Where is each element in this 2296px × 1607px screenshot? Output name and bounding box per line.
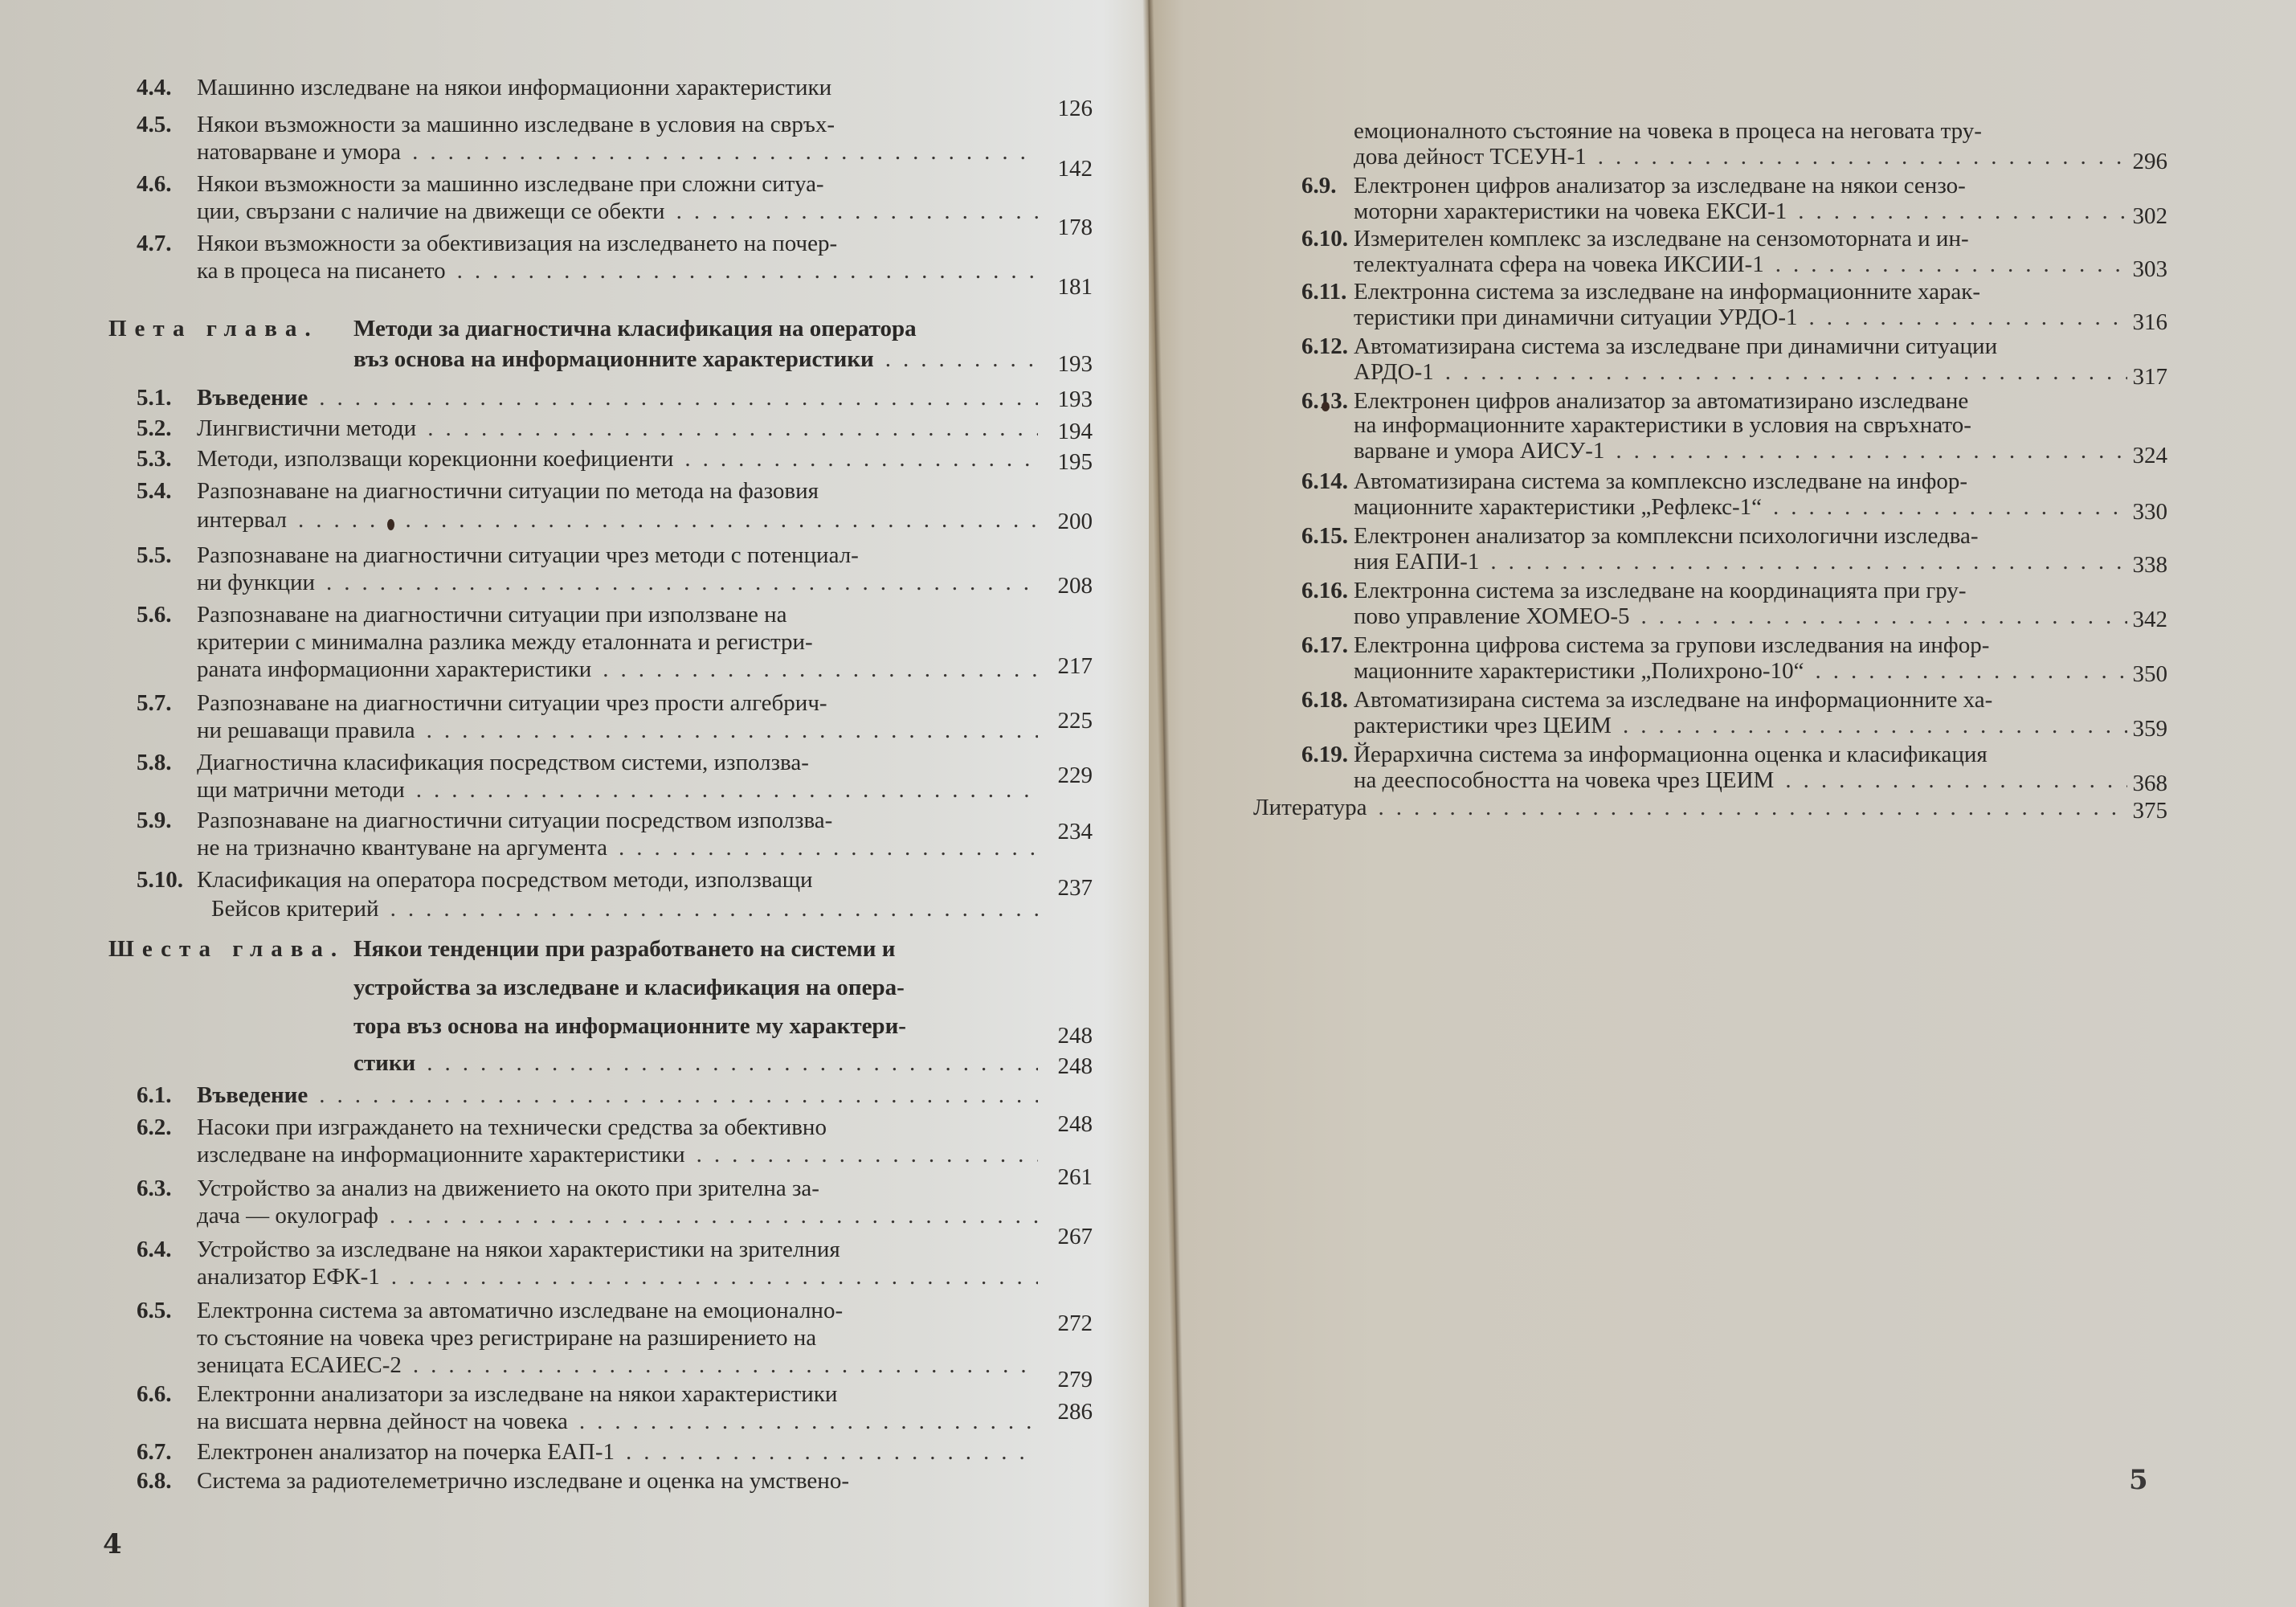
toc-section-number: 6.4. [137,1236,172,1263]
toc-entry-title: анализатор ЕФК-1 [197,1263,380,1290]
toc-section-number: 6.7. [137,1438,172,1466]
toc-entry-title: Разпознаване на диагностични ситуации чр… [197,542,859,569]
toc-leader-dots: ........................................… [1598,143,2127,170]
toc-entry-title: пово управление ХОМЕО-5 [1354,603,1629,630]
toc-leader-dots: ........................................… [697,1141,1038,1168]
toc-entry-title: Електронен анализатор за комплексни псих… [1354,522,1979,550]
toc-entry-title: Електронен анализатор на почерка ЕАП-1 [197,1438,615,1466]
toc-page-number: 316 [2095,309,2167,336]
toc-section-number: 6.12. [1301,333,1348,360]
toc-leader-dots: ........................................… [319,384,1038,411]
toc-entry-title: емоционалното състояние на човека в проц… [1354,117,1982,145]
toc-page-number: 248 [1020,1110,1093,1138]
toc-page-number: 194 [1020,418,1093,445]
toc-leader-dots: ........................................… [1445,358,2127,386]
toc-entry-title: мационните характеристики „Полихроно-10“ [1354,657,1804,685]
toc-chapter-label: Пета глава. [108,315,319,342]
toc-leader-dots: ........................................… [390,895,1038,922]
toc-section-number: 6.18. [1301,686,1348,714]
toc-leader-dots: ........................................… [457,257,1038,284]
toc-leader-dots: ........................................… [416,776,1038,803]
toc-entry-title: Лингвистични методи [197,415,416,442]
toc-section-number: 6.19. [1301,741,1348,768]
toc-entry-title: дова дейност ТСЕУН-1 [1354,143,1587,170]
toc-entry-title: ции, свързани с наличие на движещи се об… [197,198,665,225]
toc-leader-dots: ........................................… [1785,767,2127,794]
toc-entry-title: интервал [197,506,287,534]
toc-entry-title: Някои възможности за обективизация на из… [197,230,837,257]
toc-entry-title: Автоматизирана система за комплексно изс… [1354,468,1967,495]
toc-section-number: 6.2. [137,1114,172,1141]
toc-entry-title: Някои възможности за машинно изследване … [197,111,835,138]
toc-section-number: 6.17. [1301,632,1348,659]
toc-section-number: 6.8. [137,1467,172,1495]
toc-entry-title: на дееспособността на човека чрез ЦЕИМ [1354,767,1774,794]
toc-entry-title: щи матрични методи [197,776,405,803]
toc-section-number: 6.9. [1301,172,1337,199]
toc-leader-dots: ........................................… [619,834,1038,861]
toc-page-number: 350 [2095,660,2167,688]
toc-entry-title: Методи за диагностична класификация на о… [353,315,917,342]
toc-section-number: 6.15. [1301,522,1348,550]
toc-page-number: 279 [1020,1366,1093,1393]
toc-section-number: 5.6. [137,601,172,628]
toc-entry-title: мационните характеристики „Рефлекс-1“ [1354,493,1762,521]
toc-leader-dots: ........................................… [427,717,1038,744]
toc-entry-title: моторни характеристики на човека ЕКСИ-1 [1354,198,1787,225]
toc-page-number: 248 [1020,1022,1093,1049]
page-number-right: 5 [2129,1464,2148,1496]
toc-leader-dots: ........................................… [1775,251,2127,278]
toc-entry-title: Някои възможности за машинно изследване … [197,170,824,198]
toc-entry-title: ка в процеса на писането [197,257,446,284]
toc-page-number: 234 [1020,818,1093,845]
toc-page-number: 338 [2095,551,2167,579]
toc-entry-title: Измерителен комплекс за изследване на се… [1354,225,1969,252]
toc-entry-title: ни функции [197,569,315,596]
toc-entry-title: Електронна система за изследване на инфо… [1354,278,1980,305]
toc-page-number: 303 [2095,256,2167,283]
toc-page-number: 375 [2095,797,2167,824]
toc-page-number: 126 [1020,95,1093,122]
toc-page-number: 181 [1020,273,1093,301]
toc-leader-dots: ........................................… [1640,603,2127,630]
toc-leader-dots: ........................................… [1809,304,2127,331]
toc-leader-dots: ........................................… [1773,493,2127,521]
toc-entry-title: зеницата ЕСАИЕС-2 [197,1351,402,1379]
toc-page-number: 302 [2095,202,2167,230]
toc-leader-dots: ........................................… [1616,437,2127,464]
toc-page-number: 217 [1020,652,1093,680]
toc-page-number: 267 [1020,1223,1093,1250]
toc-leader-dots: ........................................… [298,506,1038,534]
toc-entry-title: не на тризначно квантуване на аргумента [197,834,607,861]
toc-leader-dots: ........................................… [1623,712,2127,739]
toc-page-number: 330 [2095,498,2167,525]
toc-leader-dots: ........................................… [390,1202,1038,1229]
toc-entry-title: Електронен цифров анализатор за изследва… [1354,172,1966,199]
toc-entry-title: рактеристики чрез ЦЕИМ [1354,712,1612,739]
toc-entry-title: критерии с минимална разлика между етало… [197,628,813,656]
toc-section-number: 6.1. [137,1082,172,1109]
toc-leader-dots: ........................................… [1379,794,2127,821]
toc-entry-title: ни решаващи правила [197,717,415,744]
toc-page-number: 342 [2095,606,2167,633]
toc-entry-title: Разпознаване на диагностични ситуации по… [197,477,819,505]
toc-entry-title: Литература [1253,794,1367,821]
toc-entry-title: на информационните характеристики в усло… [1354,411,1971,439]
toc-entry-title: Автоматизирана система за изследване при… [1354,333,1997,360]
toc-entry-title: дача — окулограф [197,1202,378,1229]
toc-section-number: 5.4. [137,477,172,505]
toc-entry-title: варване и умора АИСУ-1 [1354,437,1604,464]
toc-entry-title: Електронна система за автоматично изслед… [197,1297,843,1324]
toc-entry-title: теристики при динамични ситуации УРДО-1 [1354,304,1798,331]
toc-entry-title: въз основа на информационните характерис… [353,346,874,373]
toc-page-number: 237 [1020,874,1093,902]
toc-page-number: 142 [1020,155,1093,182]
toc-entry-title: Разпознаване на диагностични ситуации по… [197,807,832,834]
toc-section-number: 6.3. [137,1175,172,1202]
toc-section-number: 5.5. [137,542,172,569]
toc-entry-title: АРДО-1 [1354,358,1434,386]
toc-page-number: 208 [1020,572,1093,599]
toc-section-number: 5.3. [137,445,172,472]
toc-leader-dots: ........................................… [326,569,1038,596]
toc-section-number: 5.8. [137,749,172,776]
toc-entry-title: Електронна цифрова система за групови из… [1354,632,1989,659]
toc-section-number: 5.1. [137,384,172,411]
toc-section-number: 6.16. [1301,577,1348,604]
toc-leader-dots: ........................................… [676,198,1038,225]
toc-entry-title: Електронни анализатори за изследване на … [197,1380,837,1408]
toc-leader-dots: ........................................… [412,138,1038,166]
toc-section-number: 6.11. [1301,278,1346,305]
toc-entry-title: телектуалната сфера на човека ИКСИИ-1 [1354,251,1764,278]
toc-page-number: 317 [2095,363,2167,391]
toc-page-number: 359 [2095,715,2167,742]
toc-section-number: 4.5. [137,111,172,138]
toc-entry-title: Бейсов критерий [211,895,379,922]
toc-entry-title: Разпознаване на диагностични ситуации пр… [197,601,787,628]
toc-section-number: 6.6. [137,1380,172,1408]
toc-entry-title: стики [353,1049,415,1077]
toc-entry-title: изследване на информационните характерис… [197,1141,685,1168]
toc-entry-title: устройства за изследване и класификация … [353,974,905,1001]
toc-page-number: 229 [1020,762,1093,789]
toc-entry-title: Автоматизирана система за изследване на … [1354,686,1992,714]
toc-section-number: 5.2. [137,415,172,442]
left-page: 4.4.Машинно изследване на някои информац… [0,0,1149,1607]
toc-chapter-label: Шеста глава. [108,935,345,963]
ink-speck [1322,402,1330,411]
toc-page-number: 225 [1020,707,1093,734]
toc-entry-title: Електронна система за изследване на коор… [1354,577,1967,604]
toc-page-number: 261 [1020,1163,1093,1191]
toc-entry-title: Машинно изследване на някои информационн… [197,74,831,101]
toc-page-number: 193 [1020,350,1093,378]
toc-leader-dots: ........................................… [579,1408,1038,1435]
toc-entry-title: Въведение [197,384,308,411]
toc-entry-title: Насоки при изграждането на технически ср… [197,1114,827,1141]
toc-entry-title: Методи, използващи корекционни коефициен… [197,445,673,472]
toc-section-number: 4.6. [137,170,172,198]
toc-page-number: 368 [2095,770,2167,797]
ink-speck [387,519,394,530]
toc-section-number: 5.10. [137,866,183,893]
toc-page-number: 248 [1020,1053,1093,1080]
toc-entry-title: Класификация на оператора посредством ме… [197,866,813,893]
toc-entry-title: Електронен цифров анализатор за автомати… [1354,387,1968,415]
toc-section-number: 6.14. [1301,468,1348,495]
toc-entry-title: Диагностична класификация посредством си… [197,749,809,776]
toc-leader-dots: ........................................… [1490,548,2127,575]
toc-entry-title: Устройство за изследване на някои характ… [197,1236,840,1263]
toc-page-number: 195 [1020,448,1093,476]
toc-entry-title: Някои тенденции при разработването на си… [353,935,895,963]
toc-entry-title: Устройство за анализ на движението на ок… [197,1175,819,1202]
toc-leader-dots: ........................................… [1815,657,2127,685]
toc-entry-title: то състояние на човека чрез регистриране… [197,1324,816,1351]
toc-entry-title: Йерархична система за информационна оцен… [1354,741,1988,768]
toc-page-number: 296 [2095,148,2167,175]
toc-leader-dots: ........................................… [427,1049,1038,1077]
toc-leader-dots: ........................................… [391,1263,1038,1290]
toc-entry-title: раната информационни характеристики [197,656,591,683]
toc-section-number: 5.7. [137,689,172,717]
toc-leader-dots: ........................................… [1798,198,2127,225]
toc-leader-dots: ........................................… [319,1082,1038,1109]
right-page: емоционалното състояние на човека в проц… [1149,0,2296,1607]
page-number-left: 4 [103,1528,122,1560]
toc-section-number: 5.9. [137,807,172,834]
toc-page-number: 178 [1020,214,1093,241]
toc-entry-title: Система за радиотелеметрично изследване … [197,1467,849,1495]
toc-section-number: 6.5. [137,1297,172,1324]
toc-leader-dots: ........................................… [413,1351,1038,1379]
toc-entry-title: на висшата нервна дейност на човека [197,1408,568,1435]
toc-page-number: 193 [1020,386,1093,413]
toc-page-number: 324 [2095,442,2167,469]
toc-entry-title: Въведение [197,1082,308,1109]
toc-page-number: 200 [1020,508,1093,535]
toc-page-number: 272 [1020,1310,1093,1337]
toc-leader-dots: ........................................… [885,346,1038,373]
toc-section-number: 6.10. [1301,225,1348,252]
toc-entry-title: Разпознаване на диагностични ситуации чр… [197,689,827,717]
toc-leader-dots: ........................................… [626,1438,1038,1466]
toc-leader-dots: ........................................… [684,445,1038,472]
toc-section-number: 4.4. [137,74,172,101]
toc-leader-dots: ........................................… [427,415,1038,442]
toc-entry-title: ния ЕАПИ-1 [1354,548,1479,575]
toc-section-number: 4.7. [137,230,172,257]
toc-page-number: 286 [1020,1398,1093,1425]
toc-entry-title: тора въз основа на информационните му ха… [353,1012,906,1040]
toc-leader-dots: ........................................… [603,656,1038,683]
toc-entry-title: натоварване и умора [197,138,401,166]
